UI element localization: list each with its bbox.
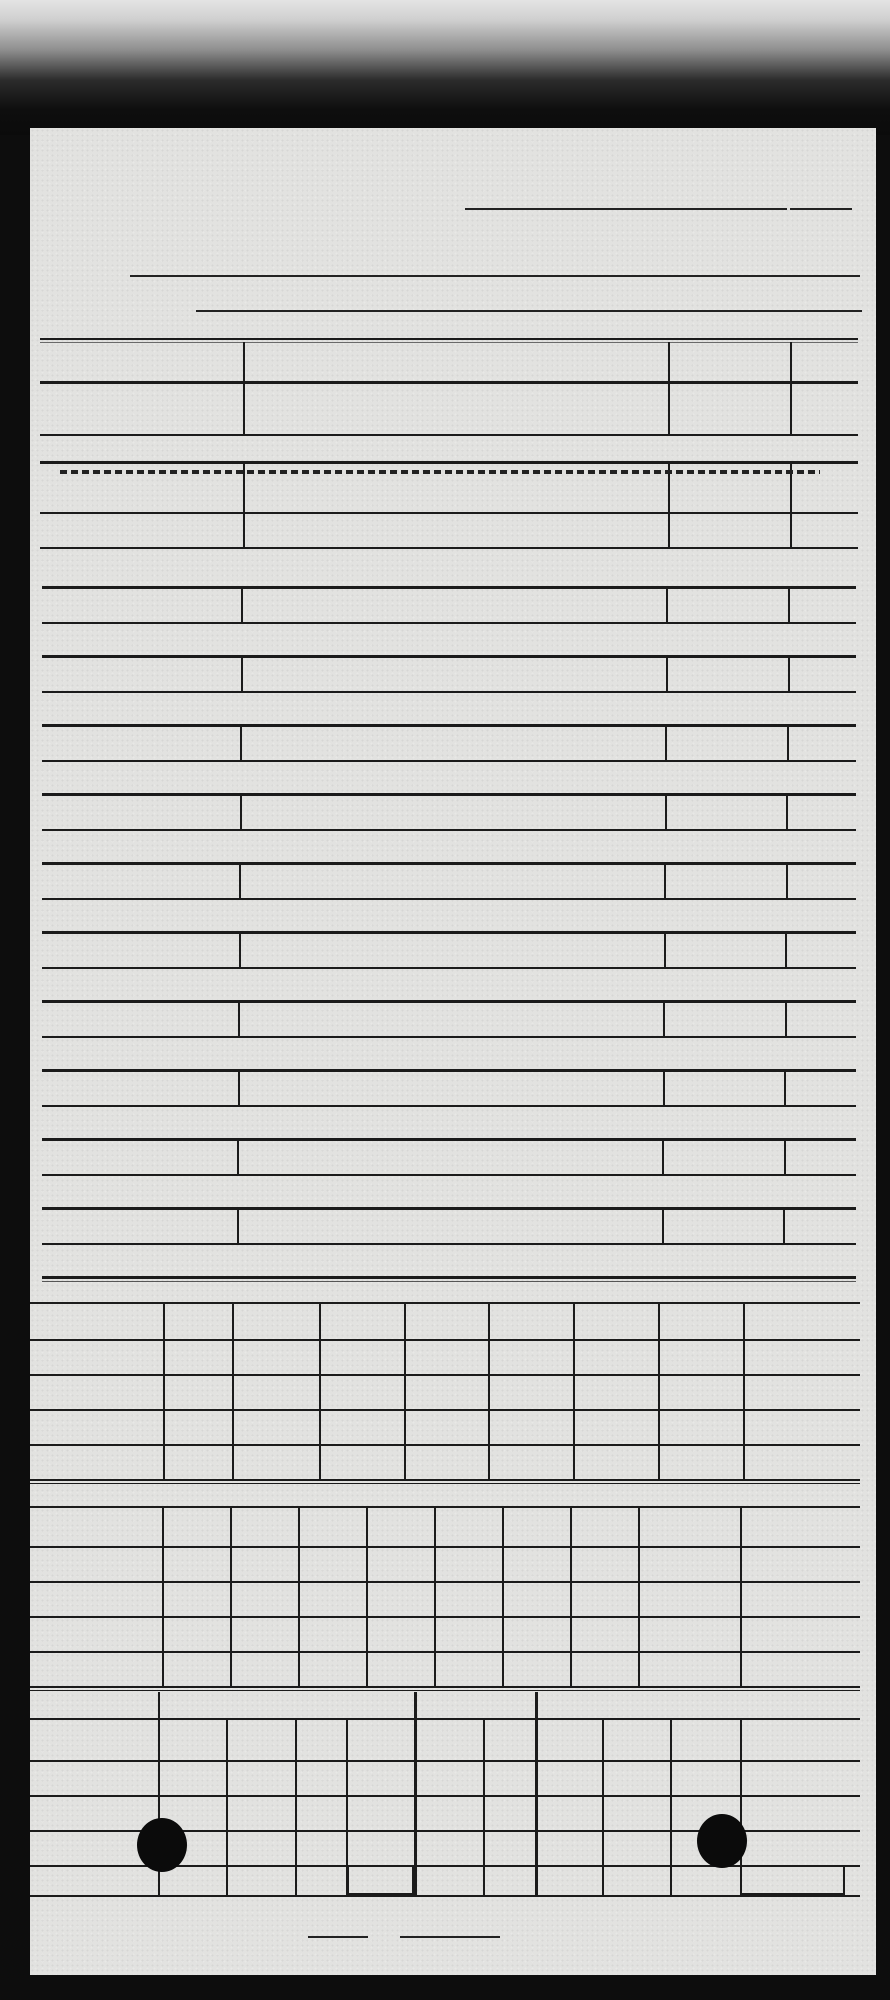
table-rule (30, 1718, 860, 1720)
roster-rule (42, 931, 856, 934)
roster-rule (42, 1000, 856, 1003)
roster-divider (788, 658, 790, 692)
roster-divider (240, 727, 242, 761)
roster-rule (42, 1243, 856, 1245)
roster-header-rule (40, 381, 858, 384)
organization-underline (196, 310, 862, 312)
table-divider (670, 1718, 672, 1895)
roster-divider (666, 589, 668, 623)
binder-hole-right (697, 1814, 747, 1868)
roster-divider (239, 934, 241, 968)
roster-divider (237, 1210, 239, 1244)
table-divider (638, 1506, 640, 1686)
roster-divider (665, 796, 667, 830)
table-rule (30, 1483, 860, 1484)
table-divider (163, 1302, 165, 1479)
roster-rule (40, 434, 858, 436)
roster-rule (42, 1069, 856, 1072)
table-divider (573, 1302, 575, 1479)
roster-rule (40, 547, 858, 549)
table-divider (740, 1506, 742, 1686)
roster-divider (662, 1210, 664, 1244)
of-underline (400, 1936, 500, 1938)
roster-rule (42, 862, 856, 865)
roster-divider (783, 1210, 785, 1244)
page-underline (308, 1936, 368, 1938)
table-rule (30, 1690, 860, 1691)
table-rule (30, 1546, 860, 1548)
table-rule (30, 1616, 860, 1618)
roster-divider (238, 1072, 240, 1106)
table-divider (743, 1302, 745, 1479)
roster-divider (662, 1141, 664, 1175)
roster-divider (790, 464, 792, 548)
roster-divider (237, 1141, 239, 1175)
roster-divider (668, 342, 670, 435)
roster-divider (240, 796, 242, 830)
table-divider (535, 1692, 538, 1895)
table-rule (30, 1374, 860, 1376)
table-divider (488, 1302, 490, 1479)
roster-divider (786, 796, 788, 830)
table-divider (434, 1506, 436, 1686)
roster-divider (790, 342, 792, 435)
roster-rule (40, 461, 858, 464)
roster-divider (243, 464, 245, 548)
roster-rule (42, 1207, 856, 1210)
table-divider (226, 1718, 228, 1895)
table-divider (602, 1718, 604, 1895)
roster-divider (784, 1072, 786, 1106)
table-divider (295, 1718, 297, 1895)
roster-rule (42, 1174, 856, 1176)
officer-total-box[interactable] (740, 1865, 845, 1895)
roster-divider (241, 589, 243, 623)
table-divider (414, 1692, 417, 1895)
roster-divider (664, 934, 666, 968)
roster-divider (663, 1072, 665, 1106)
table-rule (30, 1302, 860, 1304)
roster-top-rule (40, 338, 858, 340)
table-divider (232, 1302, 234, 1479)
table-divider (230, 1506, 232, 1686)
roster-rule (42, 1105, 856, 1107)
roster-divider (786, 865, 788, 899)
table-rule (30, 1895, 860, 1897)
year-underline (790, 208, 852, 210)
roster-divider (238, 1003, 240, 1037)
roster-divider (664, 865, 666, 899)
roster-rule (42, 1036, 856, 1038)
roster-rule (40, 512, 858, 514)
roster-rule (42, 793, 856, 796)
roster-divider (666, 658, 668, 692)
table-divider (502, 1506, 504, 1686)
table-divider (298, 1506, 300, 1686)
roster-divider (239, 865, 241, 899)
roster-bottom-rule (42, 1276, 856, 1279)
roster-divider (243, 342, 245, 435)
table-divider (658, 1302, 660, 1479)
roster-rule (42, 586, 856, 589)
roster-rule (42, 760, 856, 762)
roster-rule (42, 967, 856, 969)
table-rule (30, 1444, 860, 1446)
table-divider (570, 1506, 572, 1686)
roster-rule (42, 1138, 856, 1141)
station-underline (130, 275, 860, 277)
roster-divider (241, 658, 243, 692)
roster-divider (785, 1003, 787, 1037)
roster-divider (663, 1003, 665, 1037)
table-divider (319, 1302, 321, 1479)
typed-dash-separator (60, 470, 820, 474)
roster-divider (784, 1141, 786, 1175)
roster-bottom-rule-thin (42, 1281, 856, 1282)
table-divider (404, 1302, 406, 1479)
roster-top-rule-thin (40, 342, 858, 343)
roster-divider (668, 464, 670, 548)
roster-rule (42, 691, 856, 693)
roster-rule (42, 898, 856, 900)
roster-rule (42, 622, 856, 624)
table-divider (162, 1506, 164, 1686)
table-rule (30, 1581, 860, 1583)
roster-divider (665, 727, 667, 761)
roster-divider (788, 589, 790, 623)
table-rule (30, 1795, 860, 1797)
roster-divider (787, 727, 789, 761)
table-rule (30, 1479, 860, 1481)
table-divider (366, 1506, 368, 1686)
roster-rule (42, 655, 856, 658)
table-rule (30, 1686, 860, 1688)
table-rule (30, 1506, 860, 1508)
binder-hole-left (137, 1818, 187, 1872)
enlisted-total-box[interactable] (347, 1865, 414, 1895)
morning-report-form (30, 128, 876, 1975)
roster-divider (785, 934, 787, 968)
date-underline (465, 208, 787, 210)
table-rule (30, 1760, 860, 1762)
scan-top-edge (0, 0, 890, 135)
table-divider (483, 1718, 485, 1895)
roster-rule (42, 829, 856, 831)
table-rule (30, 1651, 860, 1653)
table-rule (30, 1339, 860, 1341)
roster-rule (42, 724, 856, 727)
table-rule (30, 1409, 860, 1411)
